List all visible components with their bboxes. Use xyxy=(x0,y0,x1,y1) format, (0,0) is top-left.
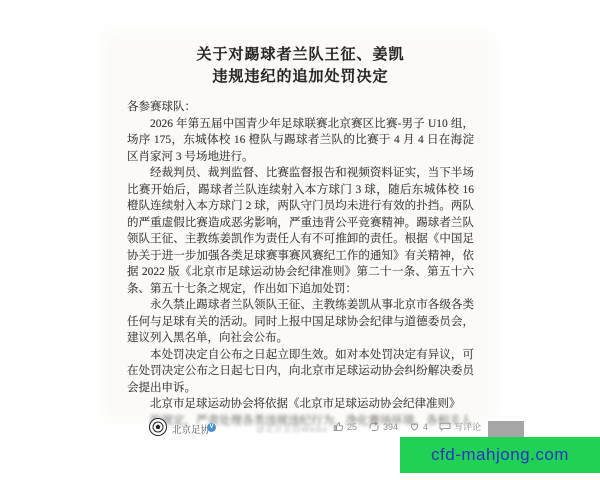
document-paragraph: 2026 年第五届中国青少年足球联赛北京赛区比赛-男子 U10 组，场序 175… xyxy=(127,116,474,166)
heart-icon xyxy=(409,421,420,432)
official-document: 关于对踢球者兰队王征、姜凯 违规违纪的追加处罚决定 各参赛球队： 2026 年第… xyxy=(127,44,474,429)
gray-overlay-block xyxy=(488,421,524,437)
document-paragraph: 经裁判员、裁判监督、比赛监督报告和视频资料证实，当下半场比赛开始后，踢球者兰队连… xyxy=(127,165,474,297)
repost-button[interactable]: 394 xyxy=(368,421,398,432)
document-paragraph: 本处罚决定自公布之日起立即生效。如对本处罚决定有异议，可在处罚决定公布之日起七日… xyxy=(127,347,474,397)
document-title-line2: 违规违纪的追加处罚决定 xyxy=(127,66,474,88)
like-count: 25 xyxy=(347,422,357,432)
like-button[interactable]: 25 xyxy=(333,421,357,432)
account-name[interactable]: 北京足协 xyxy=(172,422,210,436)
comment-label: 写评论 xyxy=(454,420,481,433)
document-paragraph: 北京市足球运动协会将依据《北京市足球运动协会纪律准则》 xyxy=(127,396,474,413)
screenshot-root: 关于对踢球者兰队王征、姜凯 违规违纪的追加处罚决定 各参赛球队： 2026 年第… xyxy=(0,0,600,480)
action-bar: 25 394 4 写评论 xyxy=(333,420,481,433)
repost-count: 394 xyxy=(383,422,398,432)
comment-button[interactable]: 写评论 xyxy=(439,420,481,433)
watermark-banner-text: cfd-mahjong.com xyxy=(431,445,569,465)
weibo-watermark: @北京足协Weibo xyxy=(256,423,328,435)
comment-icon xyxy=(439,421,451,432)
watermark-banner: cfd-mahjong.com xyxy=(400,437,600,473)
heart-count: 4 xyxy=(423,422,428,432)
thumbs-up-icon xyxy=(333,421,344,432)
document-paragraph: 永久禁止踢球者兰队领队王征、主教练姜凯从事北京市各级各类任何与足球有关的活动。同… xyxy=(127,297,474,347)
document-title: 关于对踢球者兰队王征、姜凯 违规违纪的追加处罚决定 xyxy=(127,44,474,88)
verified-badge-icon: V xyxy=(207,423,216,432)
heart-button[interactable]: 4 xyxy=(409,421,428,432)
avatar[interactable] xyxy=(149,418,167,436)
repost-icon xyxy=(368,421,380,432)
document-salutation: 各参赛球队： xyxy=(127,99,474,116)
document-title-line1: 关于对踢球者兰队王征、姜凯 xyxy=(127,44,474,66)
football-crest-icon xyxy=(152,421,164,433)
